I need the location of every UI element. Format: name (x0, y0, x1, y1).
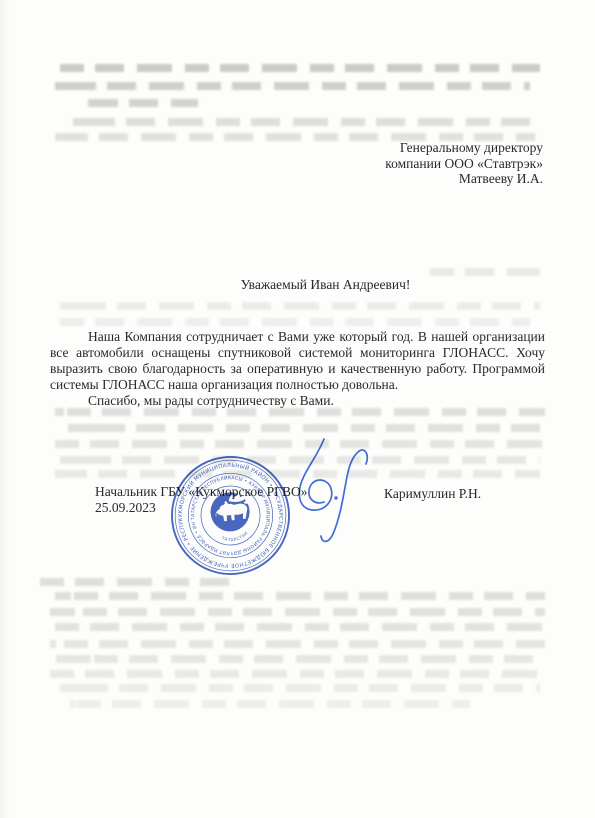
bleedthrough-artifact (60, 684, 540, 692)
bleedthrough-artifact (60, 318, 530, 326)
bleedthrough-artifact (55, 655, 545, 663)
letter-body: Наша Компания сотрудничает с Вами уже ко… (50, 329, 545, 409)
addressee-line: компании ООО «Ставтрэк» (385, 156, 543, 172)
salutation: Уважаемый Иван Андреевич! (50, 277, 545, 293)
bleedthrough-artifact (55, 592, 545, 600)
svg-text:ТАТАРСТАН: ТАТАРСТАН (219, 530, 249, 544)
bleedthrough-artifact (60, 118, 530, 126)
body-paragraph: Спасибо, мы рады сотрудничеству с Вами. (50, 393, 545, 409)
bleedthrough-artifact (50, 670, 545, 678)
bleedthrough-artifact (55, 408, 545, 416)
signer-name: Каримуллин Р.Н. (384, 486, 481, 502)
bleedthrough-artifact (50, 640, 545, 648)
stamp-center-arc-text: ТАТАРСТАН (219, 530, 249, 544)
body-paragraph: Наша Компания сотрудничает с Вами уже ко… (50, 329, 545, 393)
akbars-leopard-icon (208, 490, 253, 534)
addressee-line: Генеральному директору (385, 140, 543, 156)
bleedthrough-artifact (430, 268, 540, 276)
bleedthrough-artifact (60, 424, 545, 432)
bleedthrough-artifact (60, 64, 540, 72)
bleedthrough-artifact (88, 99, 198, 107)
signature-ink-dot (334, 496, 337, 499)
round-stamp: КУКМОРСКИЙ МУНИЦИПАЛЬНЫЙ РАЙОН • ГОСУДАР… (160, 445, 302, 587)
addressee-line: Матвееву И.А. (385, 171, 543, 187)
bleedthrough-artifact (70, 700, 470, 708)
addressee-block: Генеральному директору компании ООО «Ста… (385, 140, 543, 187)
scanned-letter-page: Генеральному директору компании ООО «Ста… (0, 0, 595, 818)
bleedthrough-artifact (55, 82, 530, 90)
bleedthrough-artifact (50, 608, 545, 616)
scan-edge-shadow (0, 0, 10, 818)
bleedthrough-artifact (55, 623, 545, 631)
handwritten-signature (288, 436, 388, 551)
bleedthrough-artifact (60, 302, 540, 310)
